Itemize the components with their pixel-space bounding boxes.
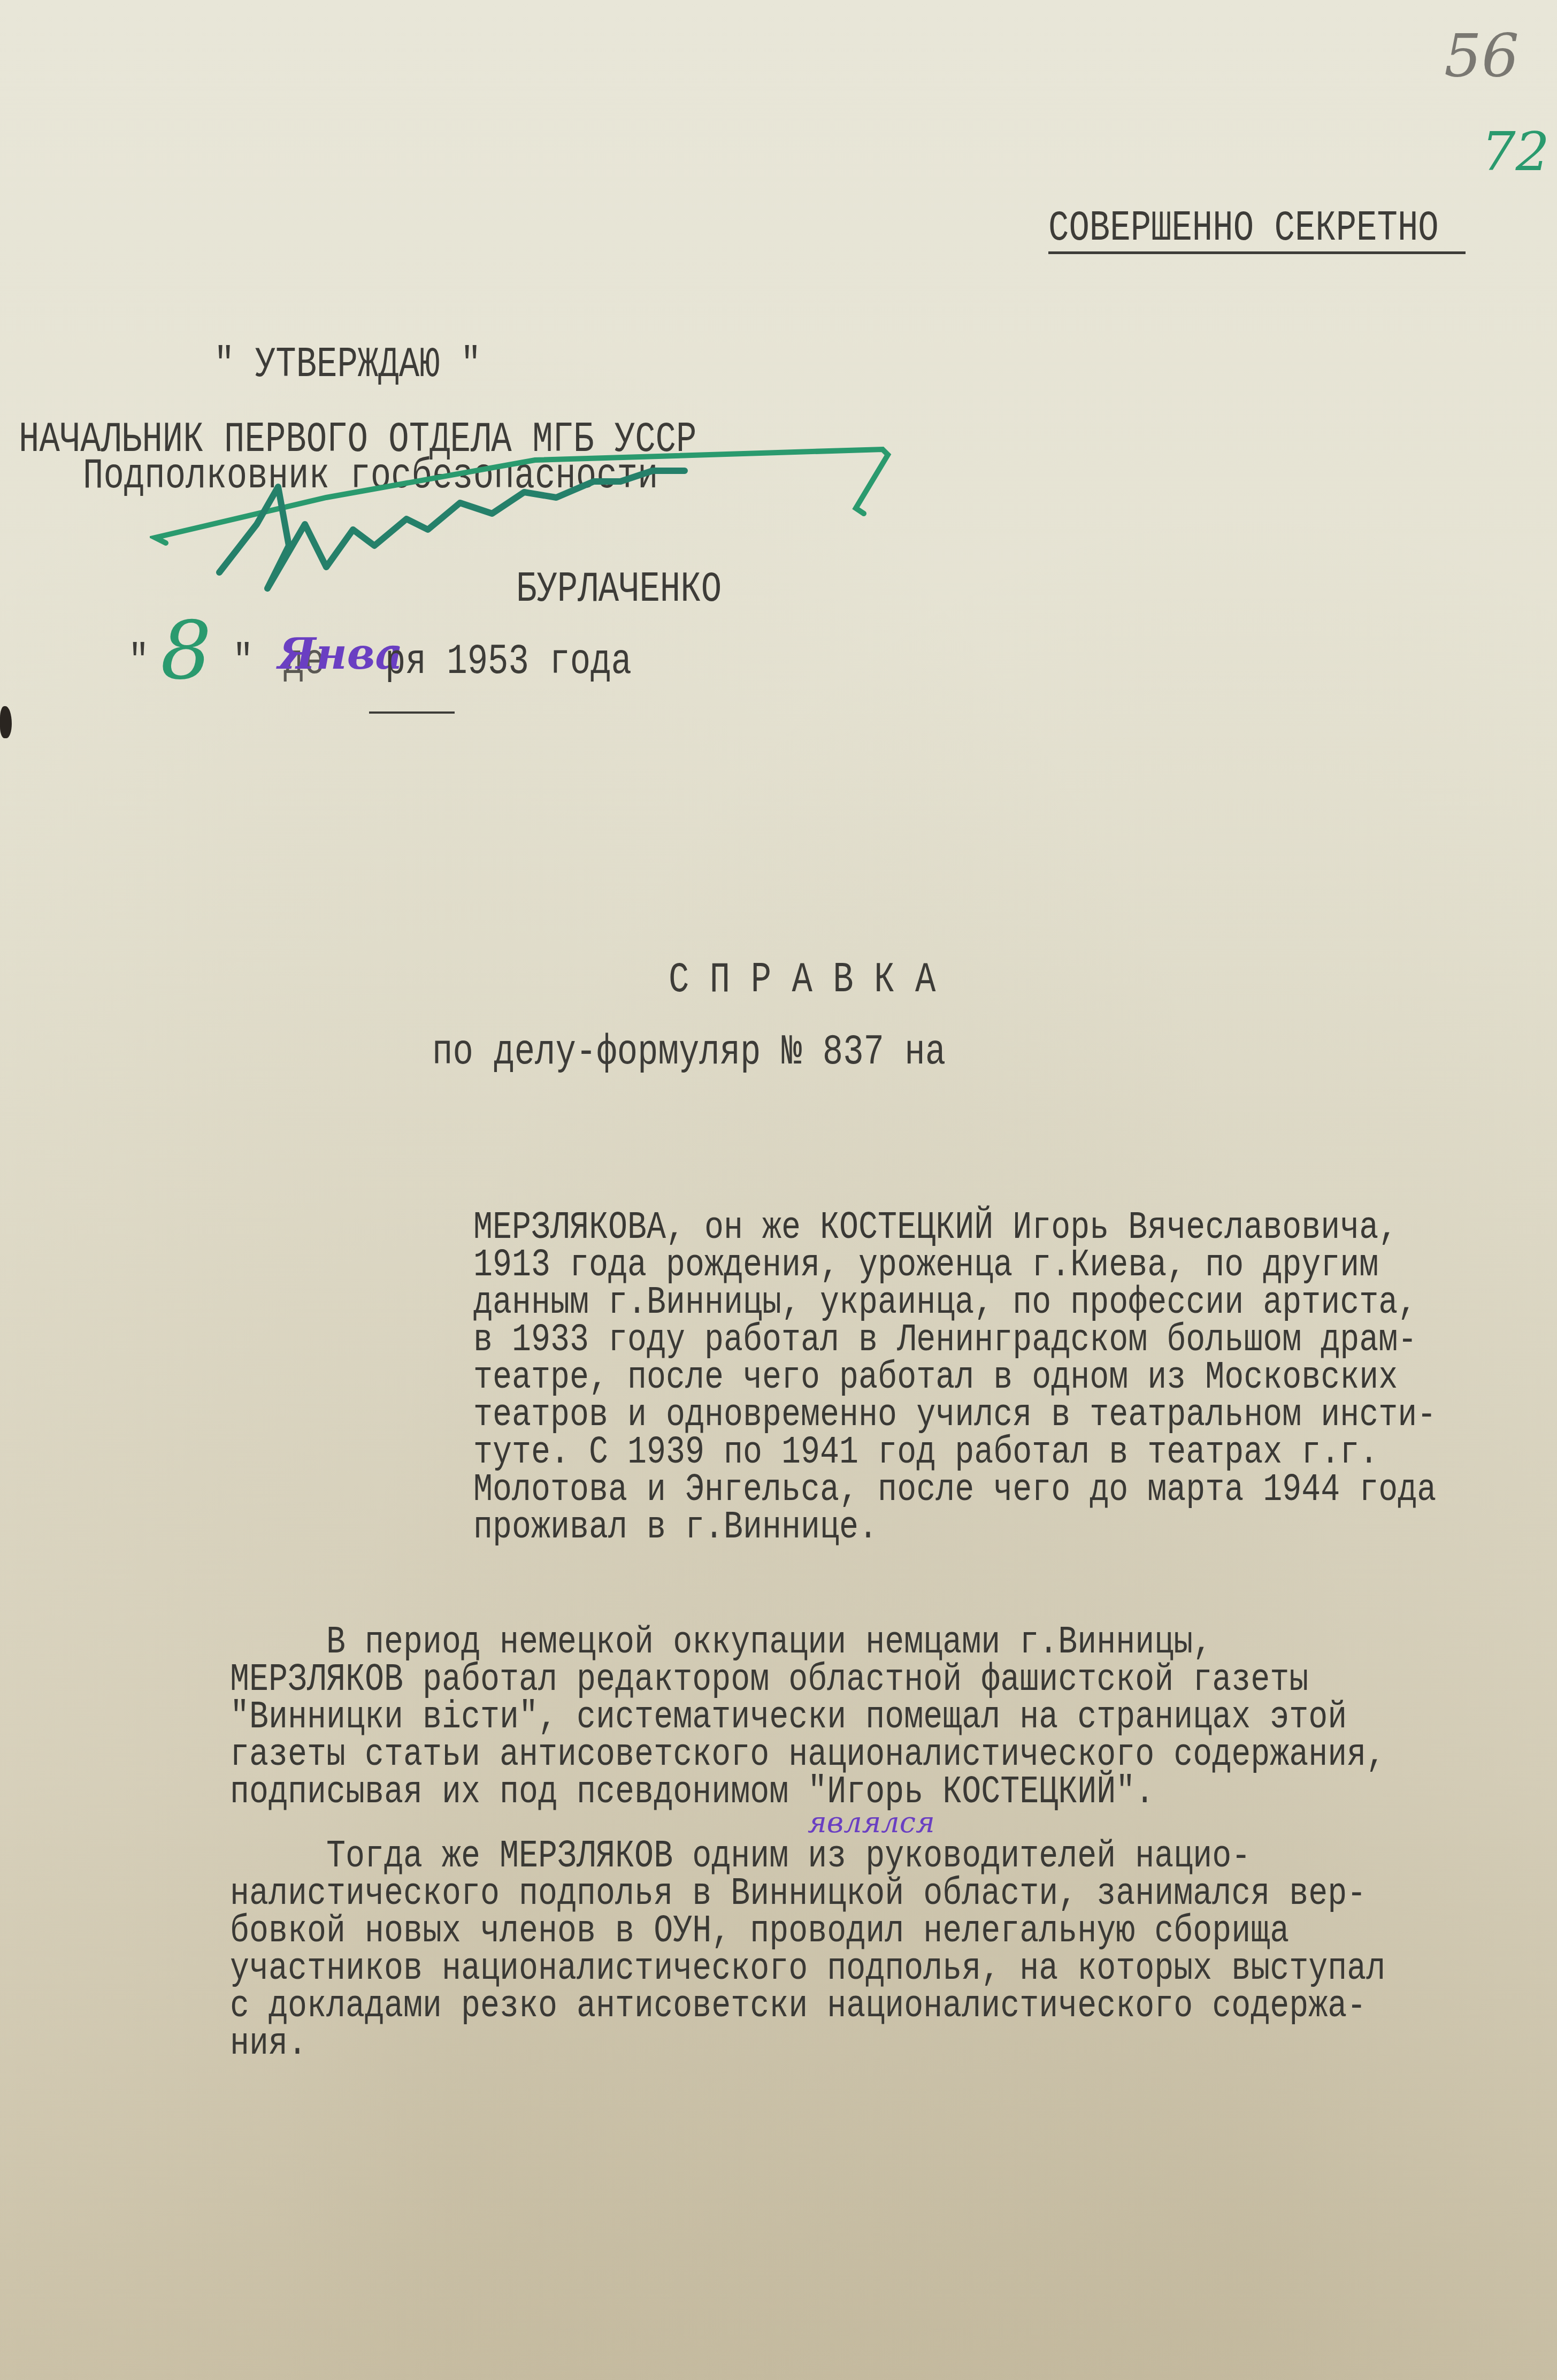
punch-hole (0, 706, 12, 738)
date-open-quote: " (128, 639, 149, 685)
green-page-number: 72 (1482, 120, 1550, 183)
classification-stamp: СОВЕРШЕННО СЕКРЕТНО (1048, 206, 1439, 251)
date-day-handwritten: 8 (160, 604, 211, 698)
date-rest: ря 1953 года (385, 639, 632, 685)
text-line: проживал в г.Виннице. (473, 1506, 878, 1550)
handwritten-insertion: являлся (808, 1805, 935, 1839)
document-subtitle: по делу-формуляр № 837 на (432, 1030, 946, 1075)
text-line: подписывая их под псевдонимом "Игорь КОС… (230, 1771, 1154, 1815)
text-line: с докладами резко антисоветски национали… (230, 1985, 1366, 2029)
document-title: С П Р А В К А (669, 958, 935, 1003)
approver-name: БУРЛАЧЕНКО (516, 567, 722, 613)
approval-heading: " УТВЕРЖДАЮ " (214, 342, 481, 388)
date-underline (369, 711, 455, 714)
classification-underline (1048, 251, 1466, 254)
pencil-page-number: 56 (1444, 21, 1519, 90)
date-close-quote: " (233, 639, 253, 685)
text-line: ния. (230, 2022, 307, 2066)
date-month-handwritten: Янва (278, 629, 403, 679)
